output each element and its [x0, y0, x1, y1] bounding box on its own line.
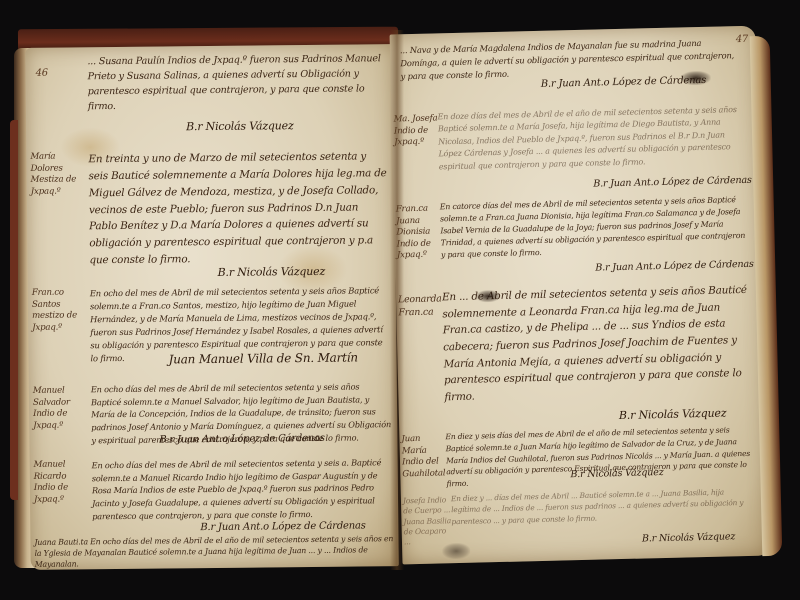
- signature: B.r Nicolás Vázquez: [186, 117, 294, 135]
- signature: B.r Nicolás Vázquez: [642, 530, 736, 547]
- margin-note: Josefa Indio de Cuerpo ... Juana Basilia…: [403, 495, 452, 547]
- register-entry: En treinta y uno de Marzo de mil setecie…: [88, 148, 389, 269]
- signature: B.r Nicolás Vázquez: [218, 263, 326, 281]
- left-page: 46 ... Susana Paulín Indios de Jxpaq.º f…: [25, 44, 398, 570]
- page-number: 46: [35, 66, 47, 82]
- signature: B.r Juan Ant.o López de Cárdenas: [159, 431, 325, 448]
- signature: Juan Manuel Villa de Sn. Martín: [168, 348, 358, 369]
- right-page: 47 ... Nava y de María Magdalena Indios …: [390, 26, 769, 565]
- register-entry: Juana Bauti.ta En ocho días del mes de A…: [34, 534, 394, 570]
- signature: B.r Nicolás Vázquez: [619, 404, 727, 424]
- signature: B.r Juan Ant.o López de Cárdenas: [593, 174, 752, 193]
- register-entry: En doze días del mes de Abril de el año …: [437, 104, 743, 173]
- book-gutter: [390, 30, 404, 570]
- ink-blot: [681, 71, 711, 86]
- register-entry: En catorce días del mes de Abril de mil …: [440, 194, 746, 262]
- signature: B.r Juan Ant.o López de Cárdenas: [200, 518, 366, 535]
- register-entry: ... Susana Paulín Indios de Jxpaq.º fuer…: [87, 52, 388, 115]
- margin-note: Leonarda Fran.ca: [398, 293, 443, 319]
- margin-note: Fran.co Santos mestizo de Jxpaq.º: [32, 287, 86, 334]
- register-entry: En diez y ... días del mes de Abril ... …: [451, 486, 752, 528]
- signature: B.r Nicolás Vázquez: [570, 466, 664, 483]
- margin-note: Manuel Salvador Indio de Jxpaq.º: [33, 385, 89, 432]
- book-binding-edge-left: [10, 120, 18, 500]
- ink-blot: [442, 543, 470, 560]
- signature: B.r Juan Ant.o López de Cárdenas: [595, 258, 754, 277]
- register-entry: En ocho días del mes de Abril de mil set…: [92, 456, 393, 523]
- margin-note: Juan María Indio del Guahilotal: [401, 433, 446, 480]
- ink-blot: [476, 290, 500, 303]
- margin-note: María Dolores Mestiza de Jxpaq.º: [30, 151, 84, 198]
- margin-note: Manuel Ricardo Indio de Jxpaq.º: [34, 459, 90, 506]
